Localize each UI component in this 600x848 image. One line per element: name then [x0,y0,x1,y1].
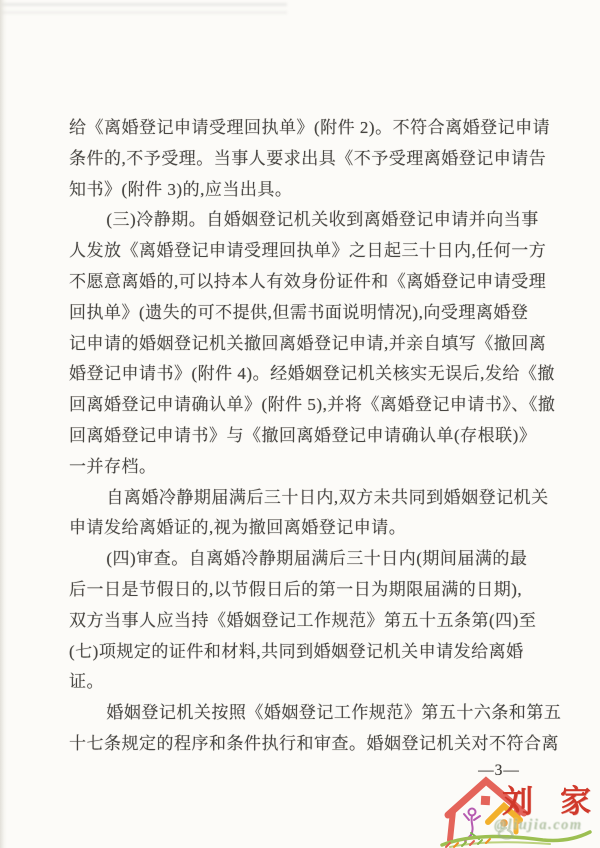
document-text-line: 申请发给离婚证的,视为撤回离婚登记申请。 [69,513,543,544]
logo-caption-watermark: @liujia.com [494,817,583,834]
document-text-line: 一并存档。 [69,452,543,483]
document-text-line: 知书》(附件 3)的,应当出具。 [69,175,543,206]
document-text-line: 回离婚登记申请确认单》(附件 5),并将《离婚登记申请书》、《撤 [69,390,543,421]
document-text-line: 婚登记申请书》(附件 4)。经婚姻登记机关核实无误后,发给《撤 [69,359,543,390]
document-text-line: 给《离婚登记申请受理回执单》(附件 2)。不符合离婚登记申请 [69,113,543,144]
document-text-line: 回执单》(遗失的可不提供,但需书面说明情况),向受理离婚登 [69,298,543,329]
document-text-line: 后一日是节假日的,以节假日后的第一日为期限届满的日期), [69,575,543,606]
logo-brand-text: 刘家 [502,776,600,821]
document-text-line: 双方当事人应当持《婚姻登记工作规范》第五十五条第(四)至 [69,606,543,637]
document-text-line: 记申请的婚姻登记机关撤回离婚登记申请,并亲自填写《撤回离 [69,329,543,360]
document-text-line: (七)项规定的证件和材料,共同到婚姻登记机关申请发给离婚 [69,637,543,668]
document-text-line: 证。 [69,667,543,698]
scan-artifact-left-edge [0,0,7,848]
document-text-line: 回离婚登记申请书》与《撤回离婚登记申请确认单(存根联)》 [69,421,543,452]
document-text-line: 条件的,不予受理。当事人要求出具《不予受理离婚登记申请告 [69,144,543,175]
document-text-line: 人发放《离婚登记申请受理回执单》之日起三十日内,任何一方 [69,236,543,267]
liujia-watermark-logo: 刘家 @liujia.com [438,770,600,848]
document-text-line: 不愿意离婚的,可以持本人有效身份证件和《离婚登记申请受理 [69,267,543,298]
document-text-line: (三)冷静期。自婚姻登记机关收到离婚登记申请并向当事 [69,205,543,236]
document-text-line: 十七条规定的程序和条件执行和审查。婚姻登记机关对不符合离 [69,729,543,760]
document-text-line: (四)审查。自离婚冷静期届满后三十日内(期间届满的最 [69,544,543,575]
document-text-line: 自离婚冷静期届满后三十日内,双方未共同到婚姻登记机关 [69,483,543,514]
document-body: 给《离婚登记申请受理回执单》(附件 2)。不符合离婚登记申请条件的,不予受理。当… [69,113,543,760]
scan-artifact-top-smudge [2,3,287,19]
document-text-line: 婚姻登记机关按照《婚姻登记工作规范》第五十六条和第五 [69,698,543,729]
